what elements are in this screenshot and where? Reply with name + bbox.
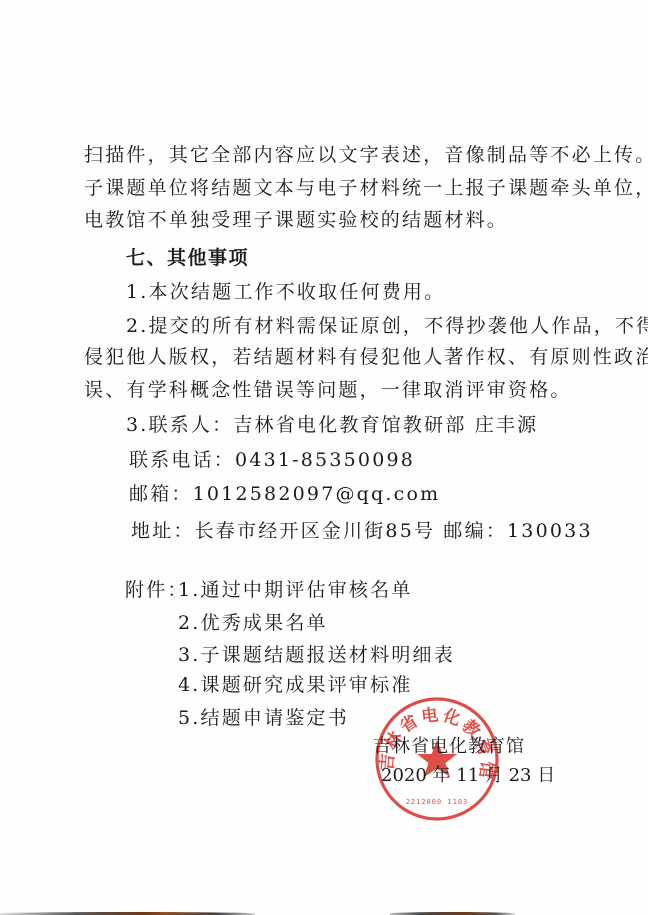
document-page: 扫描件，其它全部内容应以文字表述，音像制品等不必上传。各 子课题单位将结题文本与… [0, 0, 648, 915]
list-item-continued: 侵犯他人版权，若结题材料有侵犯他人著作权、有原则性政治错 [84, 345, 648, 369]
contact-address: 地址：长春市经开区金川街85号 邮编：130033 [131, 519, 593, 543]
svg-text:2212000 1103: 2212000 1103 [406, 798, 469, 806]
contact-phone: 联系电话：0431-85350098 [129, 448, 415, 472]
official-seal-stamp: 吉林省电化教育馆 2212000 1103 [374, 696, 500, 822]
attachment-item: 2.优秀成果名单 [178, 611, 328, 635]
attachment-item: 3.子课题结题报送材料明细表 [178, 643, 455, 667]
signature-organization: 吉林省电化教育馆 [373, 736, 525, 758]
list-item-continued: 误、有学科概念性错误等问题，一律取消评审资格。 [84, 378, 572, 402]
attachment-item: 1.通过中期评估审核名单 [178, 578, 413, 602]
signature-date: 2020 年 11 月 23 日 [381, 765, 555, 787]
paragraph-line: 电教馆不单独受理子课题实验校的结题材料。 [84, 208, 508, 232]
attachment-item: 5.结题申请鉴定书 [178, 706, 349, 730]
attachment-item: 4.课题研究成果评审标准 [178, 673, 413, 697]
contact-person: 3.联系人：吉林省电化教育馆教研部 庄丰源 [126, 413, 538, 437]
list-item: 1.本次结题工作不收取任何费用。 [126, 280, 445, 304]
list-item: 2.提交的所有材料需保证原创，不得抄袭他人作品，不得 [126, 314, 648, 338]
paragraph-line: 扫描件，其它全部内容应以文字表述，音像制品等不必上传。各 [84, 143, 648, 167]
paragraph-line: 子课题单位将结题文本与电子材料统一上报子课题牵头单位，省 [84, 176, 648, 200]
contact-email: 邮箱：1012582097@qq.com [129, 482, 440, 506]
section-heading: 七、其他事项 [126, 246, 249, 270]
